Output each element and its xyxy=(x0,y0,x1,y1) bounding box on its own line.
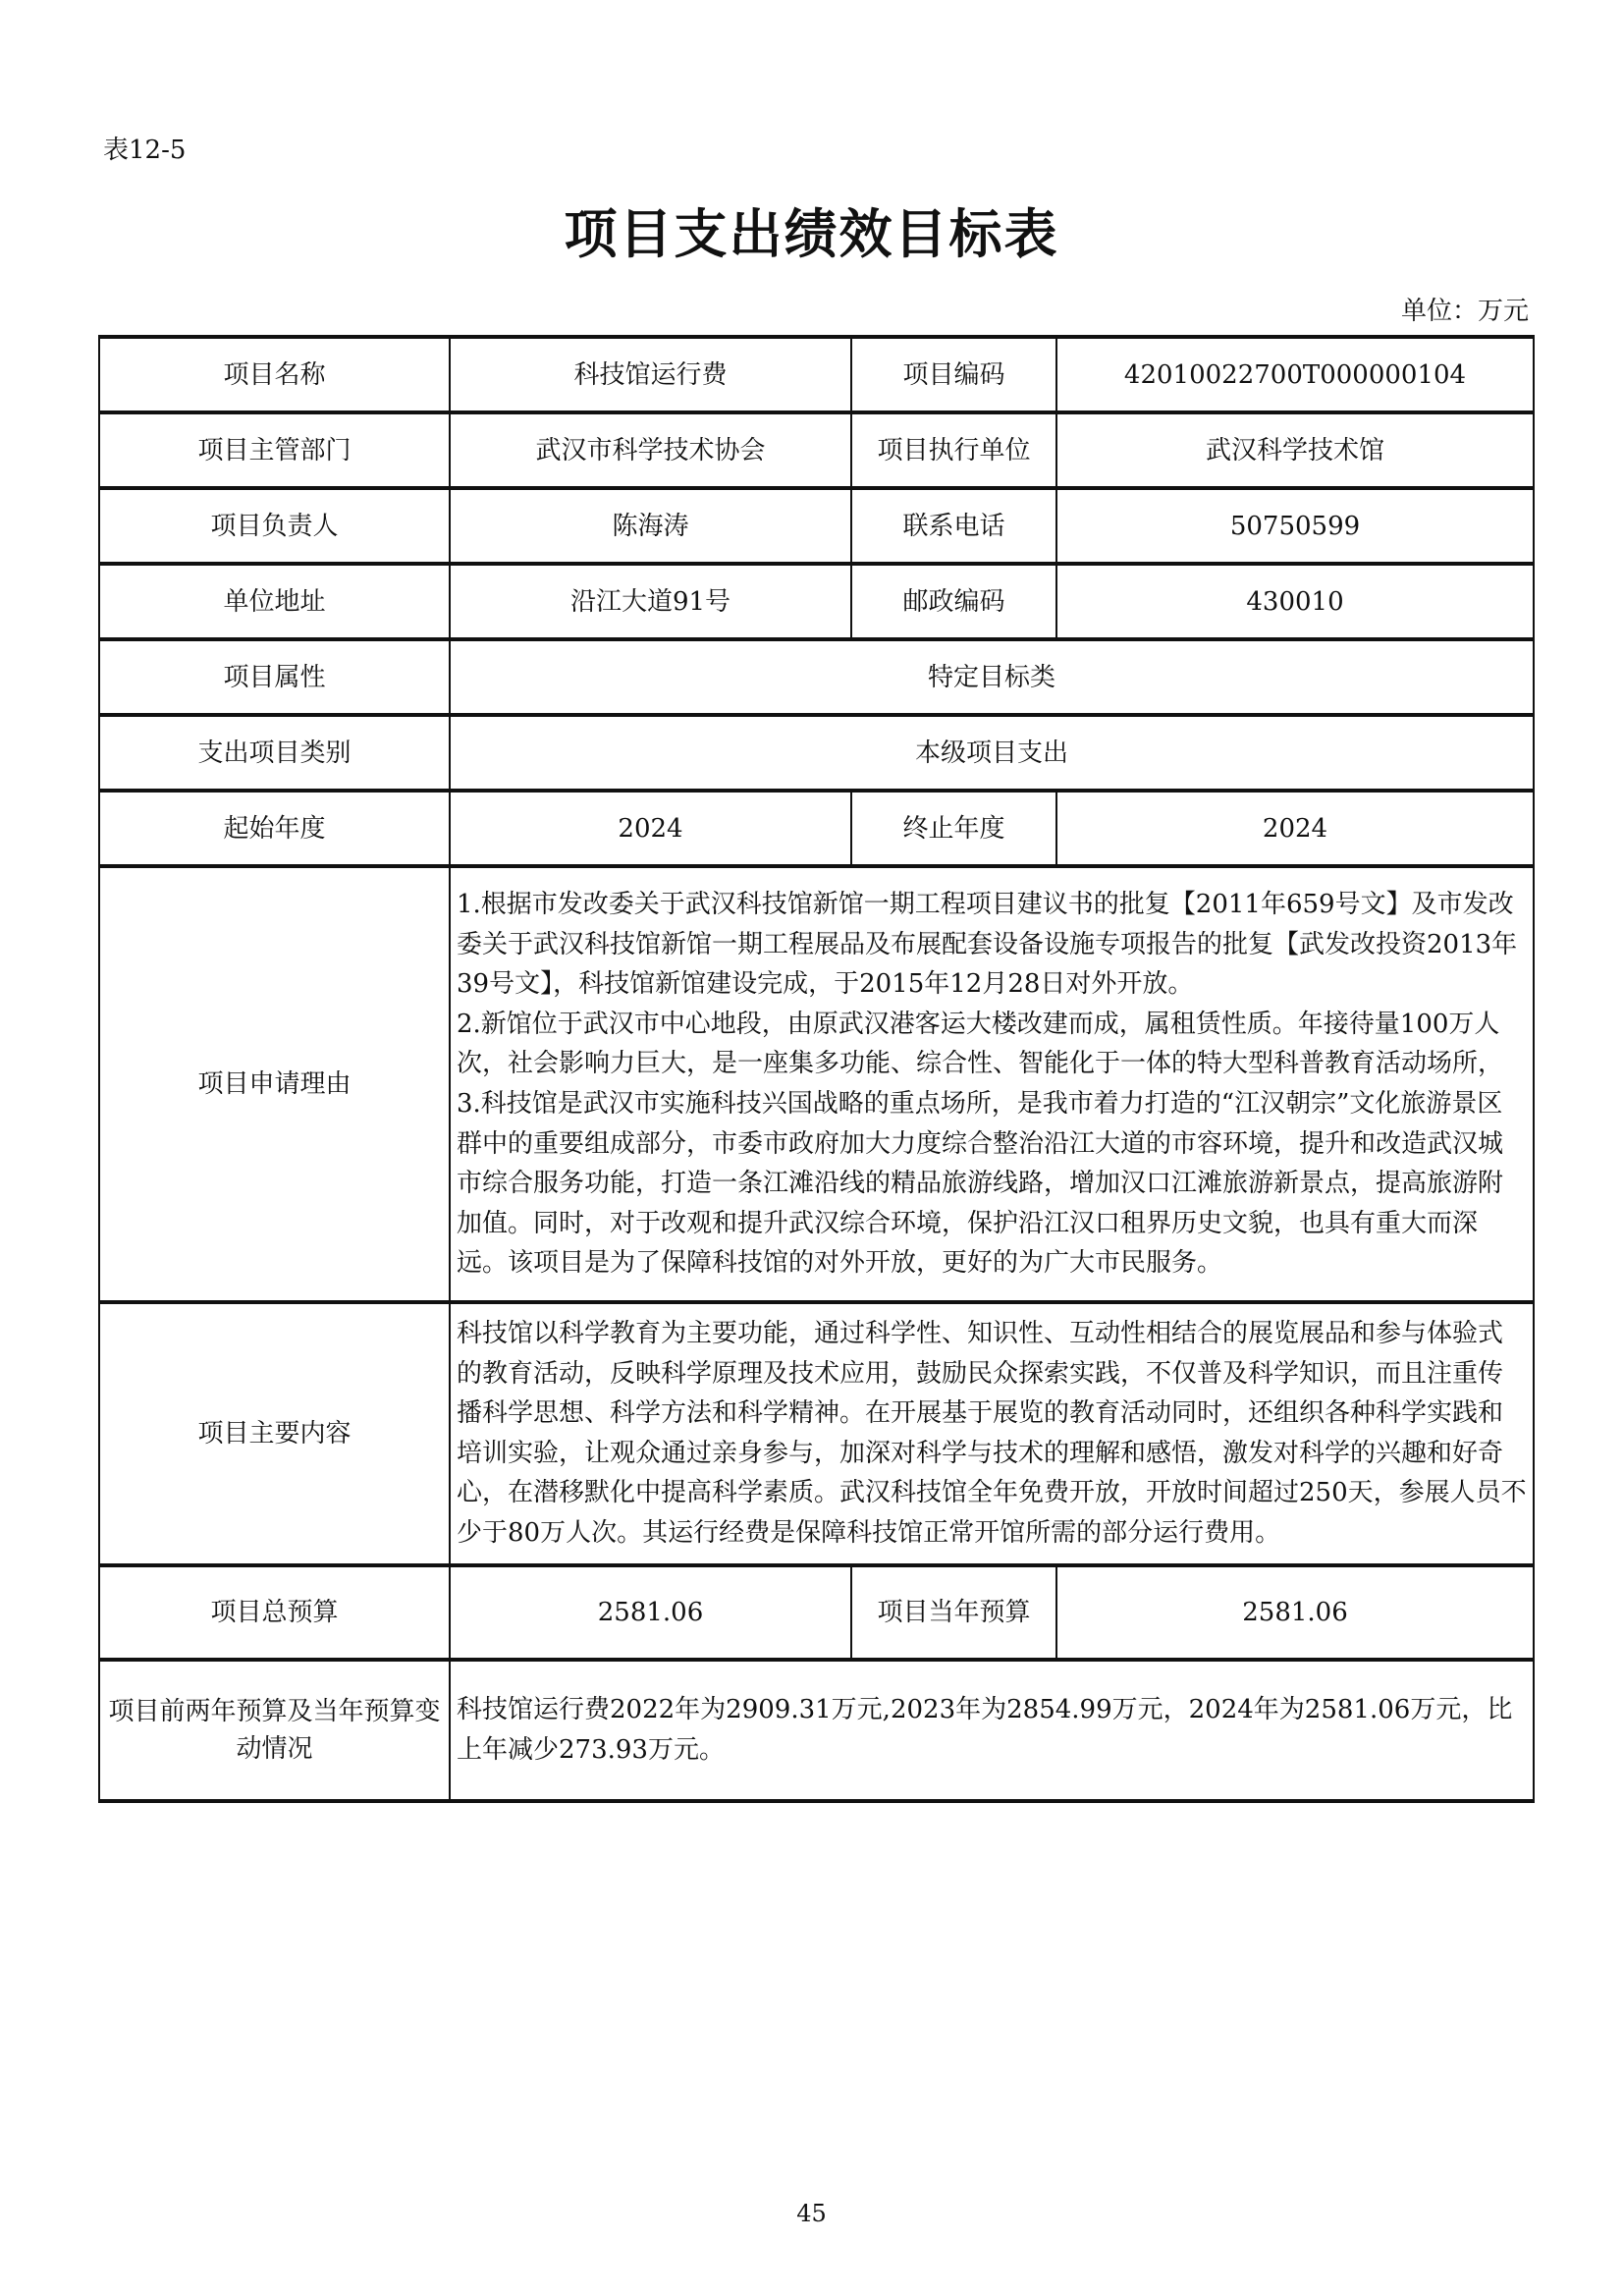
table-row: 项目负责人 陈海涛 联系电话 50750599 xyxy=(99,488,1534,564)
category-label: 支出项目类别 xyxy=(99,715,450,791)
project-name-value: 科技馆运行费 xyxy=(450,337,851,412)
project-code-label: 项目编码 xyxy=(851,337,1056,412)
table-row: 项目名称 科技馆运行费 项目编码 42010022700T000000104 xyxy=(99,337,1534,412)
table-row: 项目主管部门 武汉市科学技术协会 项目执行单位 武汉科学技术馆 xyxy=(99,412,1534,488)
annual-budget-value: 2581.06 xyxy=(1056,1565,1534,1660)
category-value: 本级项目支出 xyxy=(450,715,1534,791)
table-row: 项目主要内容 科技馆以科学教育为主要功能，通过科学性、知识性、互动性相结合的展览… xyxy=(99,1302,1534,1565)
total-budget-label: 项目总预算 xyxy=(99,1565,450,1660)
table-row: 支出项目类别 本级项目支出 xyxy=(99,715,1534,791)
table-row: 起始年度 2024 终止年度 2024 xyxy=(99,791,1534,866)
budget-change-paragraph: 科技馆运行费2022年为2909.31万元,2023年为2854.99万元，20… xyxy=(457,1690,1527,1770)
table-number: 表12-5 xyxy=(103,130,186,166)
executor-value: 武汉科学技术馆 xyxy=(1056,412,1534,488)
department-label: 项目主管部门 xyxy=(99,412,450,488)
address-label: 单位地址 xyxy=(99,564,450,639)
postcode-label: 邮政编码 xyxy=(851,564,1056,639)
content-text: 科技馆以科学教育为主要功能，通过科学性、知识性、互动性相结合的展览展品和参与体验… xyxy=(450,1302,1534,1565)
phone-label: 联系电话 xyxy=(851,488,1056,564)
reason-label: 项目申请理由 xyxy=(99,866,450,1302)
reason-paragraph-3: 3.科技馆是武汉市实施科技兴国战略的重点场所，是我市着力打造的“江汉朝宗”文化旅… xyxy=(457,1084,1527,1284)
unit-label: 单位：万元 xyxy=(1401,291,1529,327)
end-year-value: 2024 xyxy=(1056,791,1534,866)
page-number: 45 xyxy=(0,2200,1623,2227)
start-year-label: 起始年度 xyxy=(99,791,450,866)
content-label: 项目主要内容 xyxy=(99,1302,450,1565)
table-row: 单位地址 沿江大道91号 邮政编码 430010 xyxy=(99,564,1534,639)
end-year-label: 终止年度 xyxy=(851,791,1056,866)
start-year-value: 2024 xyxy=(450,791,851,866)
reason-paragraph-1: 1.根据市发改委关于武汉科技馆新馆一期工程项目建议书的批复【2011年659号文… xyxy=(457,885,1527,1005)
attribute-value: 特定目标类 xyxy=(450,639,1534,715)
manager-value: 陈海涛 xyxy=(450,488,851,564)
department-value: 武汉市科学技术协会 xyxy=(450,412,851,488)
address-value: 沿江大道91号 xyxy=(450,564,851,639)
executor-label: 项目执行单位 xyxy=(851,412,1056,488)
table-row: 项目属性 特定目标类 xyxy=(99,639,1534,715)
project-name-label: 项目名称 xyxy=(99,337,450,412)
manager-label: 项目负责人 xyxy=(99,488,450,564)
project-code-value: 42010022700T000000104 xyxy=(1056,337,1534,412)
table-row: 项目总预算 2581.06 项目当年预算 2581.06 xyxy=(99,1565,1534,1660)
table-row: 项目前两年预算及当年预算变动情况 科技馆运行费2022年为2909.31万元,2… xyxy=(99,1660,1534,1801)
reason-paragraph-2: 2.新馆位于武汉市中心地段，由原武汉港客运大楼改建而成，属租赁性质。年接待量10… xyxy=(457,1005,1527,1084)
budget-change-text: 科技馆运行费2022年为2909.31万元,2023年为2854.99万元，20… xyxy=(450,1660,1534,1801)
phone-value: 50750599 xyxy=(1056,488,1534,564)
attribute-label: 项目属性 xyxy=(99,639,450,715)
table-row: 项目申请理由 1.根据市发改委关于武汉科技馆新馆一期工程项目建议书的批复【201… xyxy=(99,866,1534,1302)
performance-target-table: 项目名称 科技馆运行费 项目编码 42010022700T000000104 项… xyxy=(98,335,1535,1803)
content-paragraph: 科技馆以科学教育为主要功能，通过科学性、知识性、互动性相结合的展览展品和参与体验… xyxy=(457,1314,1527,1554)
annual-budget-label: 项目当年预算 xyxy=(851,1565,1056,1660)
total-budget-value: 2581.06 xyxy=(450,1565,851,1660)
reason-text: 1.根据市发改委关于武汉科技馆新馆一期工程项目建议书的批复【2011年659号文… xyxy=(450,866,1534,1302)
page-title: 项目支出绩效目标表 xyxy=(0,192,1623,268)
budget-change-label: 项目前两年预算及当年预算变动情况 xyxy=(99,1660,450,1801)
postcode-value: 430010 xyxy=(1056,564,1534,639)
